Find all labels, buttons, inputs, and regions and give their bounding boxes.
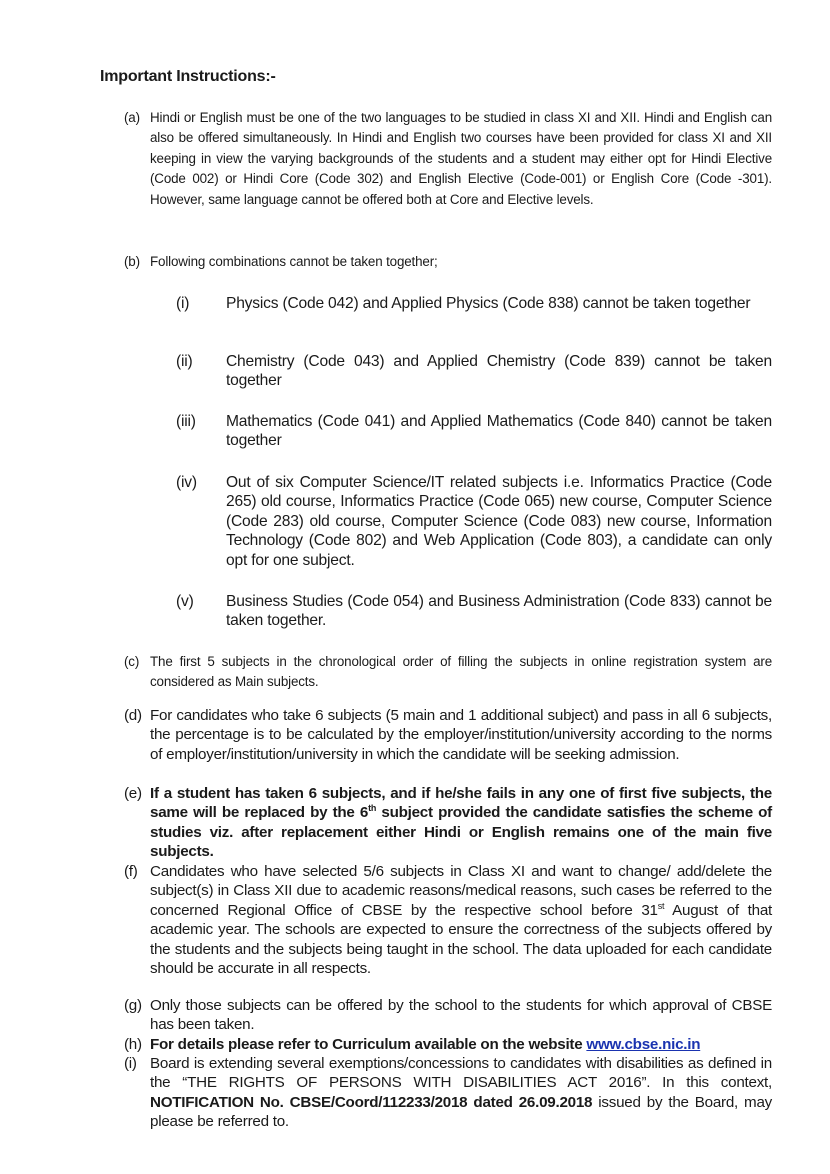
instruction-i-label: (i) xyxy=(124,1054,137,1073)
notification-reference: NOTIFICATION No. CBSE/Coord/112233/2018 … xyxy=(150,1094,592,1111)
instruction-h-text: For details please refer to Curriculum a… xyxy=(150,1035,772,1054)
instruction-g: (g) Only those subjects can be offered b… xyxy=(124,996,772,1035)
sub-item-iv: (iv) Out of six Computer Science/IT rela… xyxy=(176,473,772,570)
instruction-f-label: (f) xyxy=(124,862,138,881)
sub-item-i: (i) Physics (Code 042) and Applied Physi… xyxy=(176,294,772,313)
instruction-c-label: (c) xyxy=(124,652,139,672)
sub-item-ii-text: Chemistry (Code 043) and Applied Chemist… xyxy=(226,352,772,391)
instruction-a-label: (a) xyxy=(124,108,140,128)
page-heading: Important Instructions:- xyxy=(100,68,276,86)
sub-item-i-label: (i) xyxy=(176,294,189,313)
sub-item-iv-text: Out of six Computer Science/IT related s… xyxy=(226,473,772,570)
sub-item-iii-text: Mathematics (Code 041) and Applied Mathe… xyxy=(226,412,772,451)
instruction-h: (h) For details please refer to Curricul… xyxy=(124,1035,772,1054)
sub-item-iv-label: (iv) xyxy=(176,473,197,492)
instruction-i: (i) Board is extending several exemption… xyxy=(124,1054,772,1132)
instruction-a-text: Hindi or English must be one of the two … xyxy=(150,108,772,210)
instruction-e-text: If a student has taken 6 subjects, and i… xyxy=(150,784,772,862)
instruction-c: (c) The first 5 subjects in the chronolo… xyxy=(124,652,772,693)
instruction-h-text-main: For details please refer to Curriculum a… xyxy=(150,1036,586,1053)
sub-item-iii: (iii) Mathematics (Code 041) and Applied… xyxy=(176,412,772,451)
instruction-e-label: (e) xyxy=(124,784,142,803)
instruction-f: (f) Candidates who have selected 5/6 sub… xyxy=(124,862,772,978)
instruction-d-label: (d) xyxy=(124,706,142,725)
instruction-a: (a) Hindi or English must be one of the … xyxy=(124,108,772,210)
instruction-c-text: The first 5 subjects in the chronologica… xyxy=(150,652,772,693)
instruction-i-text-part1: Board is extending several exemptions/co… xyxy=(150,1055,772,1091)
instruction-d-text: For candidates who take 6 subjects (5 ma… xyxy=(150,706,772,764)
instruction-h-label: (h) xyxy=(124,1035,142,1054)
instruction-e: (e) If a student has taken 6 subjects, a… xyxy=(124,784,772,862)
instruction-g-text: Only those subjects can be offered by th… xyxy=(150,996,772,1035)
sub-item-i-text: Physics (Code 042) and Applied Physics (… xyxy=(226,294,772,313)
instruction-b: (b) Following combinations cannot be tak… xyxy=(124,252,772,272)
instruction-b-label: (b) xyxy=(124,252,140,272)
sub-item-v: (v) Business Studies (Code 054) and Busi… xyxy=(176,592,772,631)
sub-item-ii: (ii) Chemistry (Code 043) and Applied Ch… xyxy=(176,352,772,391)
sub-item-v-label: (v) xyxy=(176,592,194,611)
instruction-i-text: Board is extending several exemptions/co… xyxy=(150,1054,772,1132)
document-page: Important Instructions:- (a) Hindi or En… xyxy=(0,0,830,1174)
sub-item-ii-label: (ii) xyxy=(176,352,193,371)
instruction-g-label: (g) xyxy=(124,996,142,1015)
sub-item-iii-label: (iii) xyxy=(176,412,196,431)
instruction-d: (d) For candidates who take 6 subjects (… xyxy=(124,706,772,764)
instruction-f-text: Candidates who have selected 5/6 subject… xyxy=(150,862,772,978)
instruction-b-text: Following combinations cannot be taken t… xyxy=(150,252,772,272)
sub-item-v-text: Business Studies (Code 054) and Business… xyxy=(226,592,772,631)
cbse-website-link[interactable]: www.cbse.nic.in xyxy=(586,1036,700,1053)
superscript-th: th xyxy=(368,803,376,813)
